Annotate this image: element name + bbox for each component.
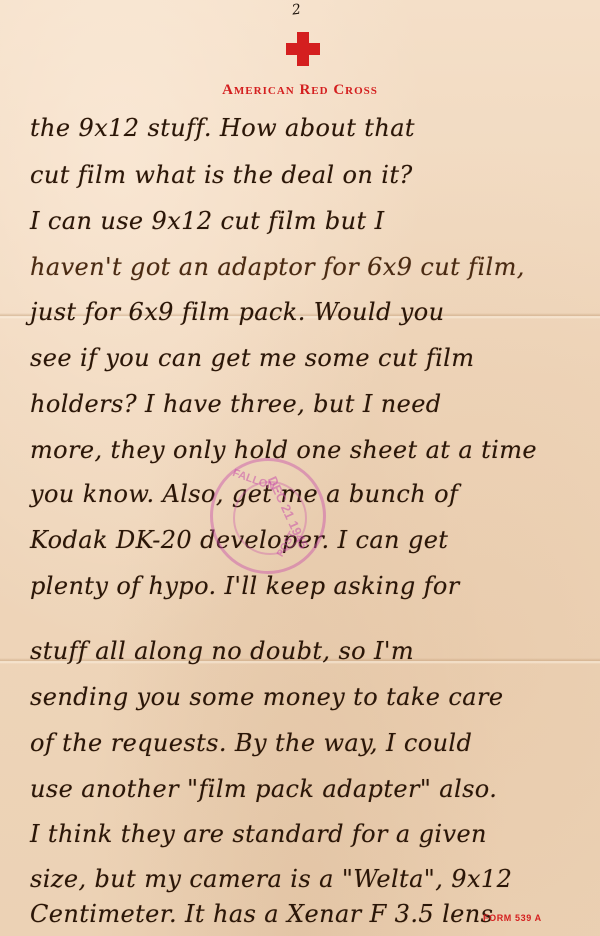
page-number: 2: [291, 1, 302, 18]
letter-line: use another "film pack adapter" also.: [30, 775, 497, 803]
letter-line: see if you can get me some cut film: [30, 344, 474, 372]
letter-line: stuff all along no doubt, so I'm: [30, 637, 414, 665]
red-cross-icon: [286, 32, 320, 66]
letter-line: haven't got an adaptor for 6x9 cut film,: [30, 253, 525, 281]
letter-line: I can use 9x12 cut film but I: [30, 207, 385, 235]
letterhead-title: American Red Cross: [0, 82, 600, 99]
postmark-stamp: FALLON ... DEC 21 1945 POST: [210, 458, 326, 574]
letter-line: of the requests. By the way, I could: [30, 729, 472, 757]
letter-page: 2 American Red Cross the 9x12 stuff. How…: [0, 0, 600, 936]
letter-line: size, but my camera is a "Welta", 9x12: [30, 865, 512, 893]
letter-line: I think they are standard for a given: [30, 820, 487, 848]
letter-line: Centimeter. It has a Xenar F 3.5 lens: [30, 900, 493, 928]
letter-line: holders? I have three, but I need: [30, 390, 442, 418]
letter-line: cut film what is the deal on it?: [30, 161, 413, 189]
form-number: FORM 539 A: [483, 913, 542, 923]
letter-line: just for 6x9 film pack. Would you: [30, 298, 444, 326]
letter-line: plenty of hypo. I'll keep asking for: [30, 572, 460, 600]
letter-line: the 9x12 stuff. How about that: [30, 114, 415, 142]
letter-line: sending you some money to take care: [30, 683, 503, 711]
